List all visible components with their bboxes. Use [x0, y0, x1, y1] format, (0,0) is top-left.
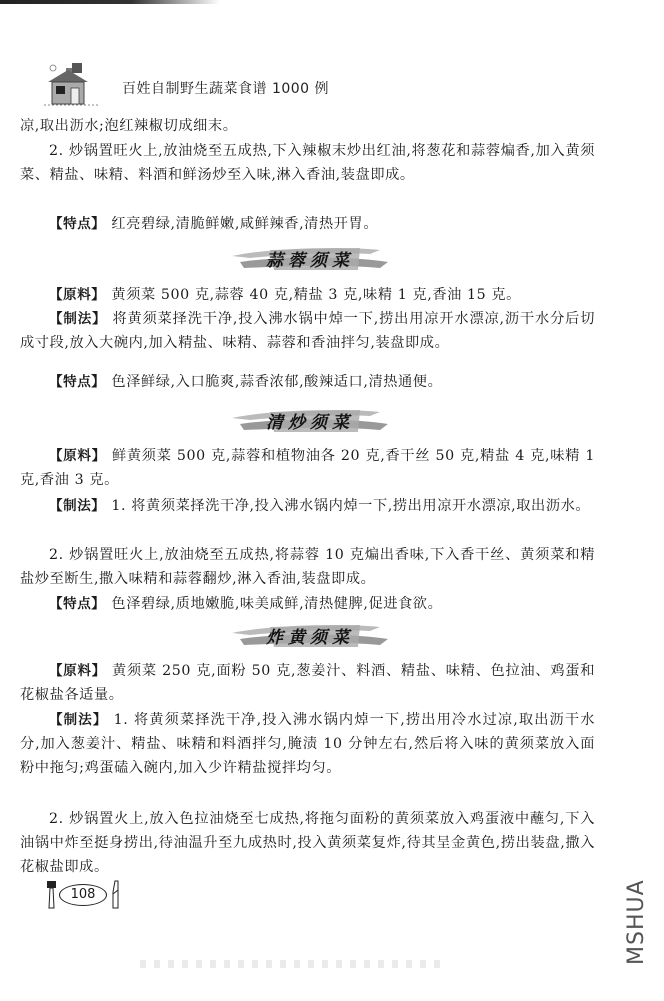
book-title: 百姓自制野生蔬菜食谱 1000 例: [122, 78, 329, 98]
features-label: 【特点】: [49, 374, 105, 390]
recipe-ingredients: 【原料】黄须菜 250 克,面粉 50 克,葱姜汁、料酒、精盐、味精、色拉油、鸡…: [20, 659, 595, 707]
recipe-method-step1: 【制法】1. 将黄须菜择洗干净,投入沸水锅内焯一下,捞出用冷水过凉,取出沥干水分…: [20, 708, 595, 780]
bleed-through-text: [140, 960, 440, 968]
spoon-icon: [46, 880, 58, 910]
method-text: 1. 将黄须菜择洗干净,投入沸水锅内焯一下,捞出用凉开水漂凉,取出沥水。: [111, 498, 590, 514]
continuation-line: 凉,取出沥水;泡红辣椒切成细末。: [20, 114, 595, 138]
recipe-ingredients: 【原料】鲜黄须菜 500 克,蒜蓉和植物油各 20 克,香干丝 50 克,精盐 …: [20, 444, 595, 492]
page-number: 108: [59, 884, 107, 906]
continuation-step2: 2. 炒锅置旺火上,放油烧至五成热,下入辣椒末炒出红油,将葱花和蒜蓉煸香,加入黄…: [20, 139, 595, 187]
ingredients-text: 鲜黄须菜 500 克,蒜蓉和植物油各 20 克,香干丝 50 克,精盐 4 克,…: [20, 448, 595, 488]
ingredients-text: 黄须菜 250 克,面粉 50 克,葱姜汁、料酒、精盐、味精、色拉油、鸡蛋和花椒…: [20, 663, 595, 703]
page-header: 百姓自制野生蔬菜食谱 1000 例: [44, 58, 444, 108]
knife-icon: [110, 880, 122, 910]
ingredients-label: 【原料】: [49, 448, 106, 464]
scan-edge-shadow: [0, 0, 220, 4]
method-text: 将黄须菜择洗干净,投入沸水锅中焯一下,捞出用凉开水漂凉,沥干水分后切成寸段,放入…: [20, 311, 595, 351]
ingredients-text: 黄须菜 500 克,蒜蓉 40 克,精盐 3 克,味精 1 克,香油 15 克。: [111, 287, 521, 303]
features-text: 色泽鲜绿,入口脆爽,蒜香浓郁,酸辣适口,清热通便。: [111, 374, 442, 390]
recipe-method-step2: 2. 炒锅置火上,放入色拉油烧至七成热,将拖匀面粉的黄须菜放入鸡蛋液中蘸匀,下入…: [20, 807, 595, 879]
ingredients-label: 【原料】: [49, 287, 105, 303]
recipe-ingredients: 【原料】黄须菜 500 克,蒜蓉 40 克,精盐 3 克,味精 1 克,香油 1…: [20, 283, 595, 307]
recipe-method: 【制法】将黄须菜择洗干净,投入沸水锅中焯一下,捞出用凉开水漂凉,沥干水分后切成寸…: [20, 307, 595, 355]
method-label: 【制法】: [49, 498, 105, 514]
method-label: 【制法】: [49, 311, 106, 327]
features-label: 【特点】: [49, 596, 105, 612]
continuation-features: 【特点】红亮碧绿,清脆鲜嫩,咸鲜辣香,清热开胃。: [20, 212, 595, 236]
features-text: 红亮碧绿,清脆鲜嫩,咸鲜辣香,清热开胃。: [111, 216, 378, 232]
recipe-heading: 蒜蓉须菜: [230, 240, 390, 276]
recipe-method-step1: 【制法】1. 将黄须菜择洗干净,投入沸水锅内焯一下,捞出用凉开水漂凉,取出沥水。: [20, 494, 595, 518]
page-number-badge: 108: [46, 880, 126, 910]
features-label: 【特点】: [49, 216, 105, 232]
recipe-title: 蒜蓉须菜: [230, 246, 390, 271]
method-label: 【制法】: [49, 712, 108, 728]
house-icon: [44, 58, 104, 108]
features-text: 色泽碧绿,质地嫩脆,味美咸鲜,清热健脾,促进食欲。: [111, 596, 442, 612]
recipe-method-step2: 2. 炒锅置旺火上,放油烧至五成热,将蒜蓉 10 克煸出香味,下入香干丝、黄须菜…: [20, 543, 595, 591]
watermark: MSHUA: [624, 879, 649, 965]
recipe-title: 炸黄须菜: [230, 623, 390, 648]
recipe-heading: 清炒须菜: [230, 402, 390, 438]
recipe-title: 清炒须菜: [230, 408, 390, 433]
recipe-features: 【特点】色泽鲜绿,入口脆爽,蒜香浓郁,酸辣适口,清热通便。: [20, 370, 595, 394]
ingredients-label: 【原料】: [49, 663, 106, 679]
recipe-heading: 炸黄须菜: [230, 617, 390, 653]
recipe-features: 【特点】色泽碧绿,质地嫩脆,味美咸鲜,清热健脾,促进食欲。: [20, 592, 595, 616]
